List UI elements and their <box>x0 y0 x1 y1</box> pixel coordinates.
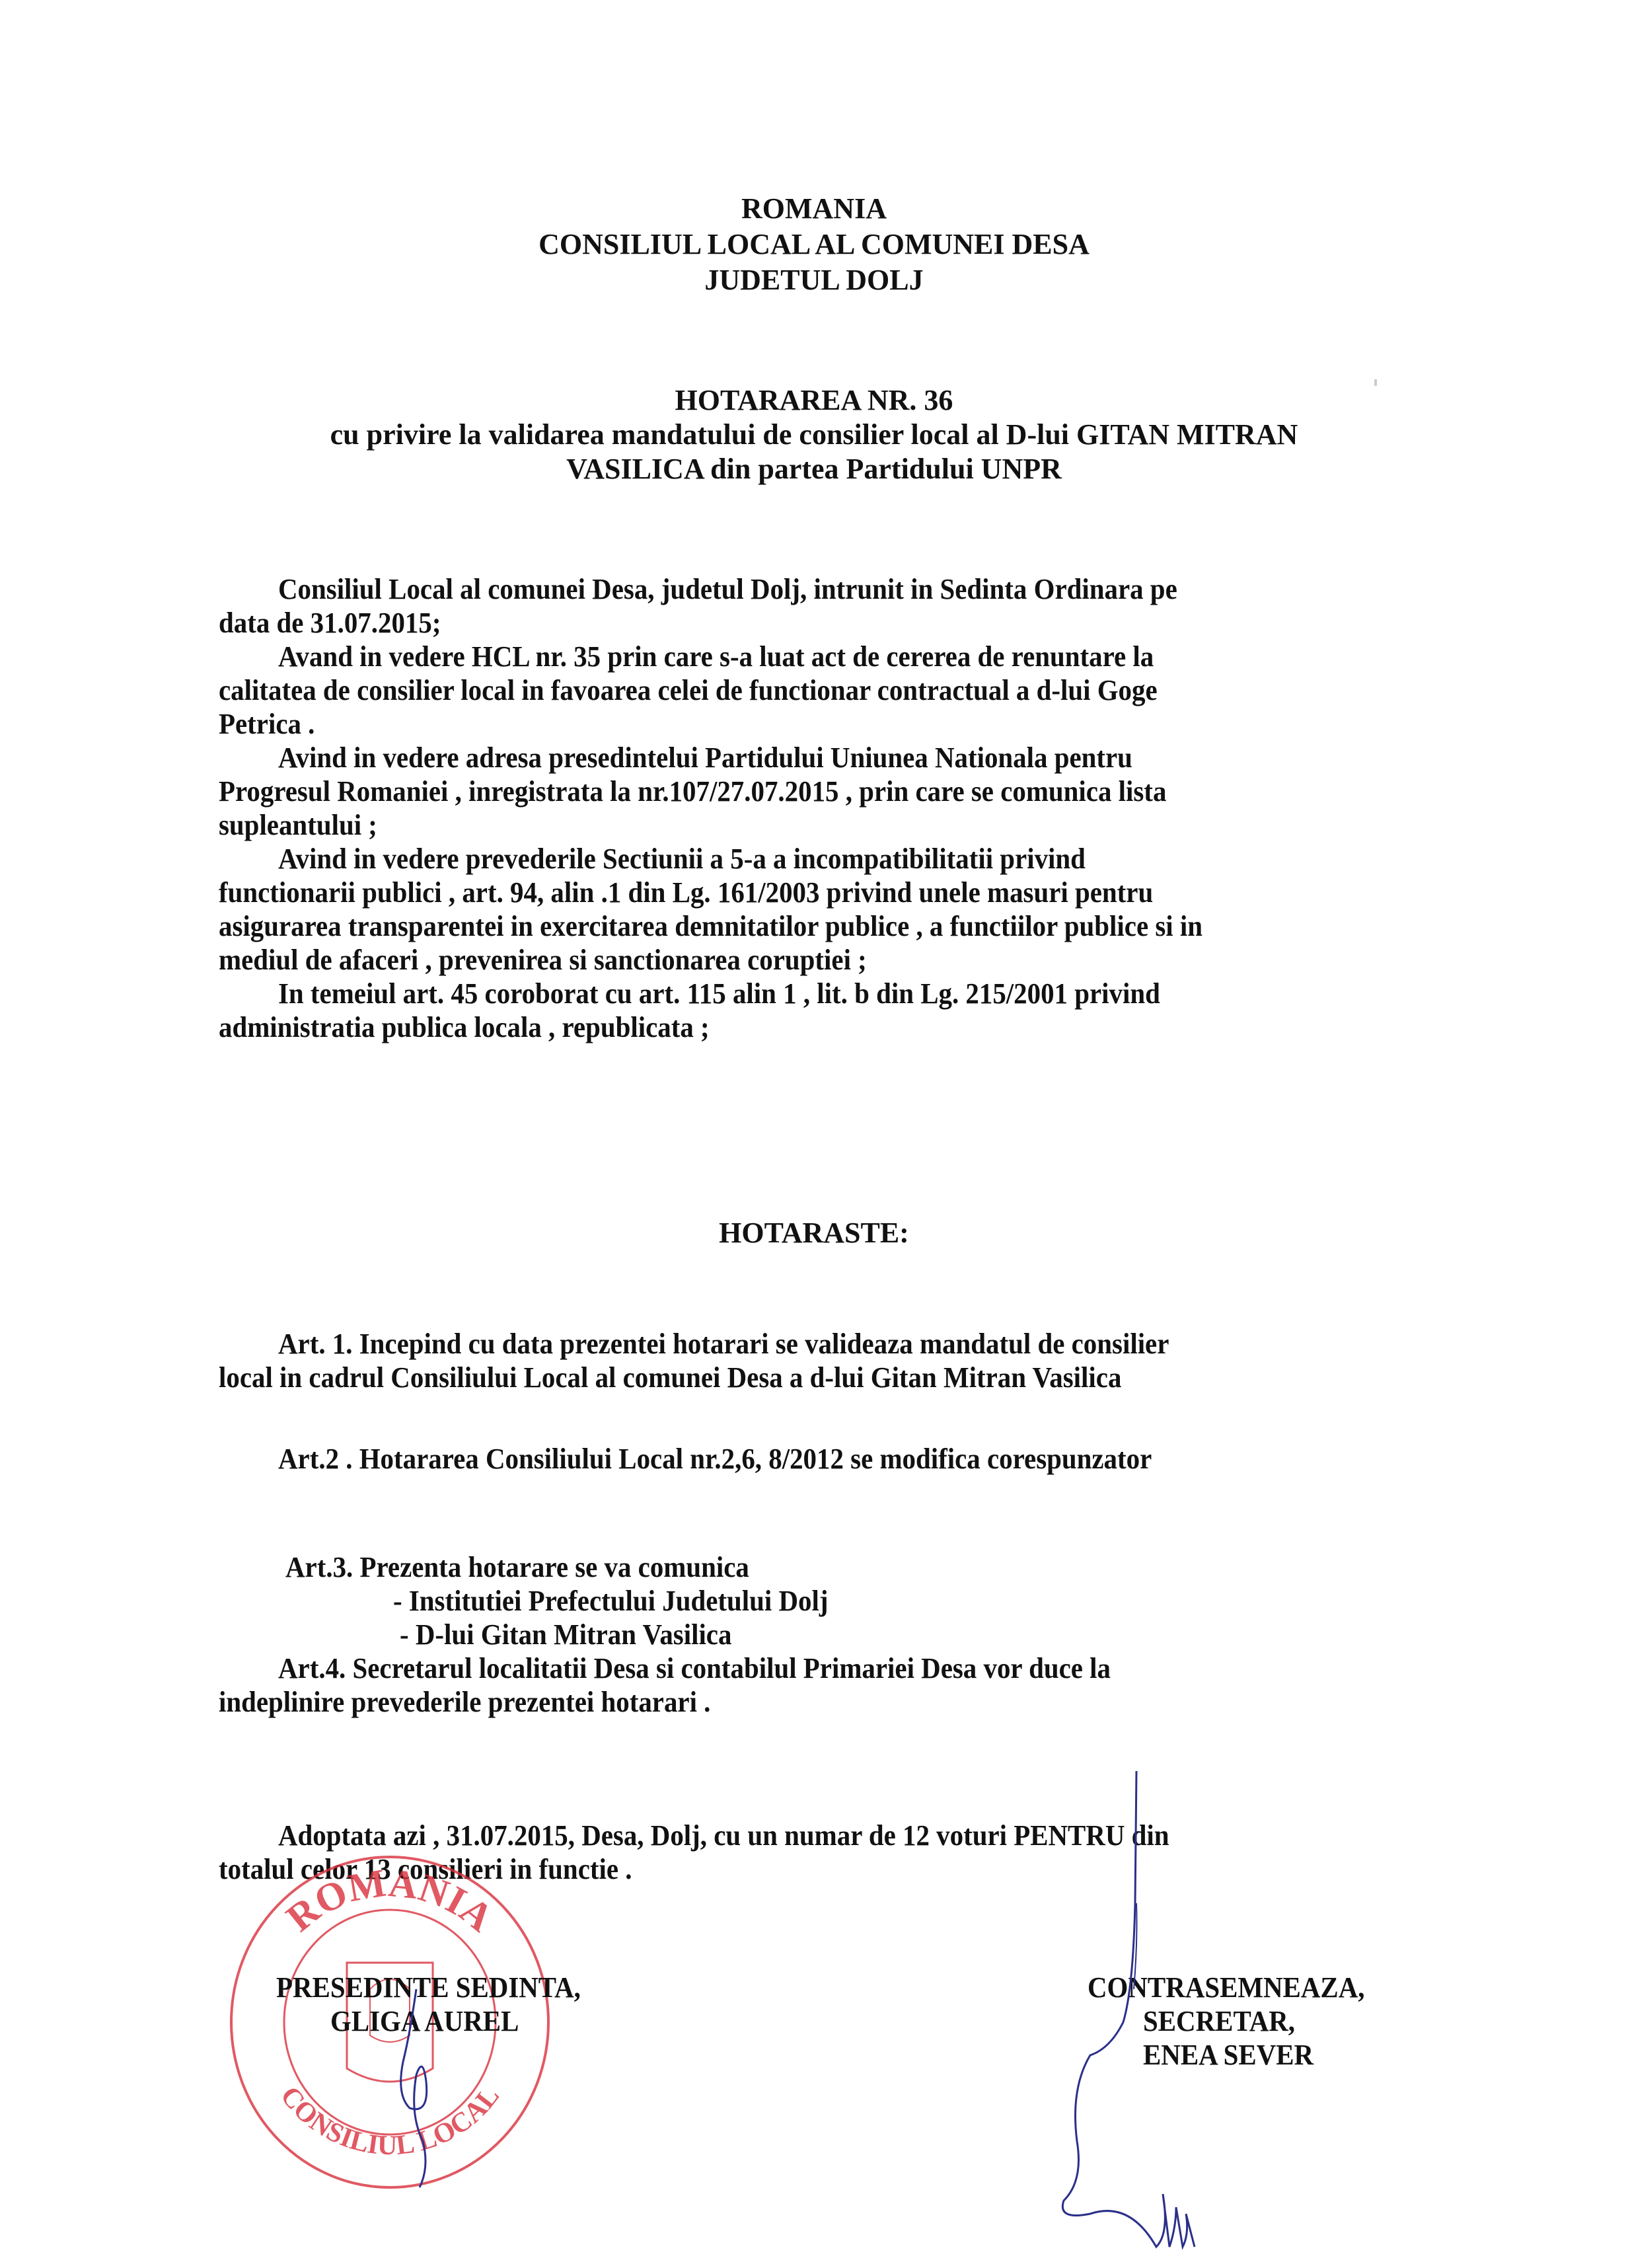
preamble-line: Avind in vedere adresa presedintelui Par… <box>278 741 1132 775</box>
preamble-line: supleantului ; <box>219 808 377 842</box>
preamble-line: mediul de afaceri , prevenirea si sancti… <box>219 943 867 977</box>
decision-subject-line1: cu privire la validarea mandatului de co… <box>0 418 1628 451</box>
article-3: Art.3. Prezenta hotarare se va comunica <box>285 1550 749 1584</box>
document-page: ROMANIA CONSILIUL LOCAL AL COMUNEI DESA … <box>0 0 1628 2268</box>
presiding-signature <box>370 1983 476 2194</box>
article-2: Art.2 . Hotararea Consiliului Local nr.2… <box>278 1442 1152 1476</box>
article-3-recipient: - D-lui Gitan Mitran Vasilica <box>400 1618 731 1651</box>
secretary-signature <box>1017 1771 1295 2260</box>
preamble-line: functionarii publici , art. 94, alin .1 … <box>219 876 1153 909</box>
article-3-recipient: - Institutiei Prefectului Judetului Dolj <box>393 1584 828 1618</box>
preamble-line: asigurarea transparentei in exercitarea … <box>219 909 1202 943</box>
decision-title: HOTARAREA NR. 36 <box>0 383 1628 417</box>
decision-subject-line2: VASILICA din partea Partidului UNPR <box>0 452 1628 486</box>
header-country: ROMANIA <box>0 192 1628 225</box>
preamble-line: calitatea de consilier local in favoarea… <box>219 673 1158 707</box>
preamble-line: administratia publica locala , republica… <box>219 1010 710 1044</box>
article-4-line1: Art.4. Secretarul localitatii Desa si co… <box>278 1651 1111 1685</box>
decides-heading: HOTARASTE: <box>0 1216 1628 1250</box>
preamble-line: In temeiul art. 45 coroborat cu art. 115… <box>278 977 1160 1010</box>
article-4-line2: indeplinire prevederile prezentei hotara… <box>219 1685 710 1719</box>
preamble-line: Progresul Romaniei , inregistrata la nr.… <box>219 775 1166 808</box>
header-council: CONSILIUL LOCAL AL COMUNEI DESA <box>0 227 1628 261</box>
header-county: JUDETUL DOLJ <box>0 263 1628 297</box>
preamble-line: data de 31.07.2015; <box>219 606 441 640</box>
article-1-line2: local in cadrul Consiliului Local al com… <box>219 1361 1121 1394</box>
preamble-line: Avand in vedere HCL nr. 35 prin care s-a… <box>278 640 1154 673</box>
preamble-line: Petrica . <box>219 707 314 741</box>
article-1-line1: Art. 1. Incepind cu data prezentei hotar… <box>278 1327 1169 1361</box>
stamp-top-text: ROMANIA <box>278 1861 501 1940</box>
preamble-line: Consiliul Local al comunei Desa, judetul… <box>278 572 1177 606</box>
preamble-line: Avind in vedere prevederile Sectiunii a … <box>278 842 1086 876</box>
